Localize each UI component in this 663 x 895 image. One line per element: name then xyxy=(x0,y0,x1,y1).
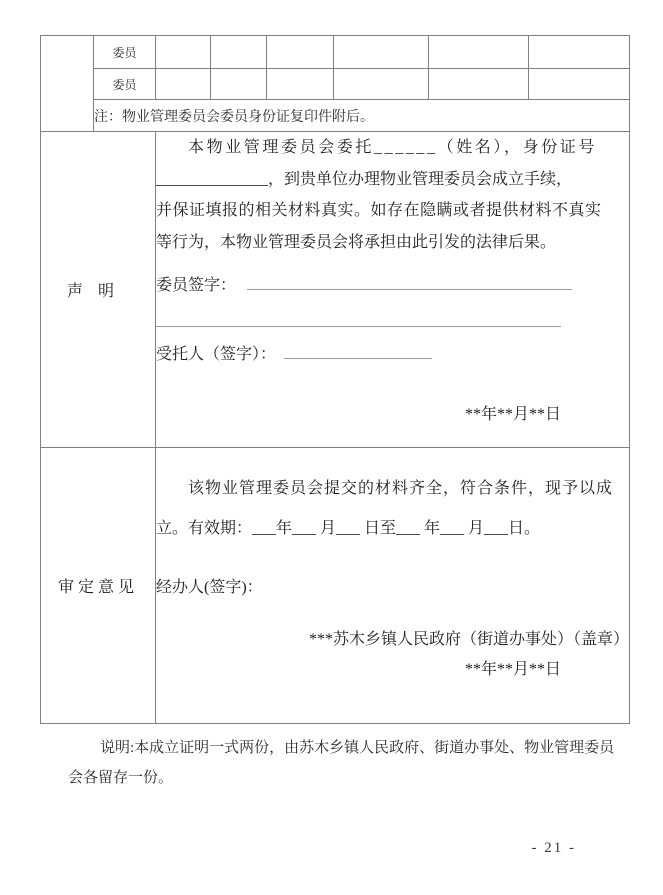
member-fill-cell[interactable] xyxy=(334,69,429,100)
review-row: 审定意见 该物业管理委员会提交的材料齐全，符合条件，现予以成 立。有效期：___… xyxy=(41,448,630,724)
member-fill-cell[interactable] xyxy=(156,36,211,69)
member-signature-blank-line[interactable] xyxy=(247,270,572,290)
member-fill-cell[interactable] xyxy=(529,69,630,100)
member-fill-cell[interactable] xyxy=(156,69,211,100)
left-stub-cell xyxy=(41,36,94,132)
declaration-line: ______________，到贵单位办理物业管理委员会成立手续， xyxy=(156,164,629,196)
declaration-date-placeholder: **年**月**日 xyxy=(156,399,629,431)
member-fill-cell[interactable] xyxy=(334,36,429,69)
declaration-content: 本物业管理委员会委托______（姓名），身份证号 ______________… xyxy=(156,132,630,448)
trustee-signature-blank-line[interactable] xyxy=(284,339,432,359)
member-row-1: 委员 xyxy=(41,36,630,69)
member-signature-label: 委员签字： xyxy=(156,277,236,294)
member-fill-cell[interactable] xyxy=(429,69,529,100)
member-role-label: 委员 xyxy=(94,36,156,69)
member-signature-blank-line-2[interactable] xyxy=(156,302,561,327)
declaration-line: 并保证填报的相关材料真实。如存在隐瞒或者提供材料不真实 xyxy=(156,195,629,227)
footnote: 说明:本成立证明一式两份，由苏木乡镇人民政府、街道办事处、物业管理委员 会各留存… xyxy=(68,733,588,793)
member-fill-cell[interactable] xyxy=(211,69,267,100)
declaration-label: 声明 xyxy=(41,132,156,448)
review-label: 审定意见 xyxy=(41,448,156,724)
committee-form-table: 委员 委员 注：物业管理委员会委员身份证复印件附后。 声明 本物业管理委员会委托… xyxy=(40,35,630,724)
footnote-line: 说明:本成立证明一式两份，由苏木乡镇人民政府、街道办事处、物业管理委员 xyxy=(68,733,588,763)
member-fill-cell[interactable] xyxy=(429,36,529,69)
declaration-line: 本物业管理委员会委托______（姓名），身份证号 xyxy=(156,132,629,164)
member-role-label: 委员 xyxy=(94,69,156,100)
document-page: 委员 委员 注：物业管理委员会委员身份证复印件附后。 声明 本物业管理委员会委托… xyxy=(0,0,663,895)
declaration-line: 等行为，本物业管理委员会将承担由此引发的法律后果。 xyxy=(156,227,629,259)
review-line: 立。有效期：___年___ 月___ 日至___ 年___ 月___日。 xyxy=(156,509,629,549)
review-line: 该物业管理委员会提交的材料齐全，符合条件，现予以成 xyxy=(156,469,629,509)
member-fill-cell[interactable] xyxy=(267,69,334,100)
member-row-2: 委员 xyxy=(41,69,630,100)
handler-signature-label: 经办人(签字)： xyxy=(156,572,629,604)
review-content: 该物业管理委员会提交的材料齐全，符合条件，现予以成 立。有效期：___年___ … xyxy=(156,448,630,724)
member-fill-cell[interactable] xyxy=(529,36,630,69)
declaration-row: 声明 本物业管理委员会委托______（姓名），身份证号 ___________… xyxy=(41,132,630,448)
authority-seal-line: ***苏木乡镇人民政府（街道办事处）（盖章） xyxy=(156,625,629,655)
review-date-placeholder: **年**月**日 xyxy=(156,655,629,685)
footnote-line: 会各留存一份。 xyxy=(68,763,588,793)
trustee-signature-label: 受托人（签字）： xyxy=(156,346,276,363)
id-copy-note: 注：物业管理委员会委员身份证复印件附后。 xyxy=(94,100,630,132)
page-number: - 21 - xyxy=(532,840,577,857)
member-fill-cell[interactable] xyxy=(211,36,267,69)
member-fill-cell[interactable] xyxy=(267,36,334,69)
note-row: 注：物业管理委员会委员身份证复印件附后。 xyxy=(41,100,630,132)
